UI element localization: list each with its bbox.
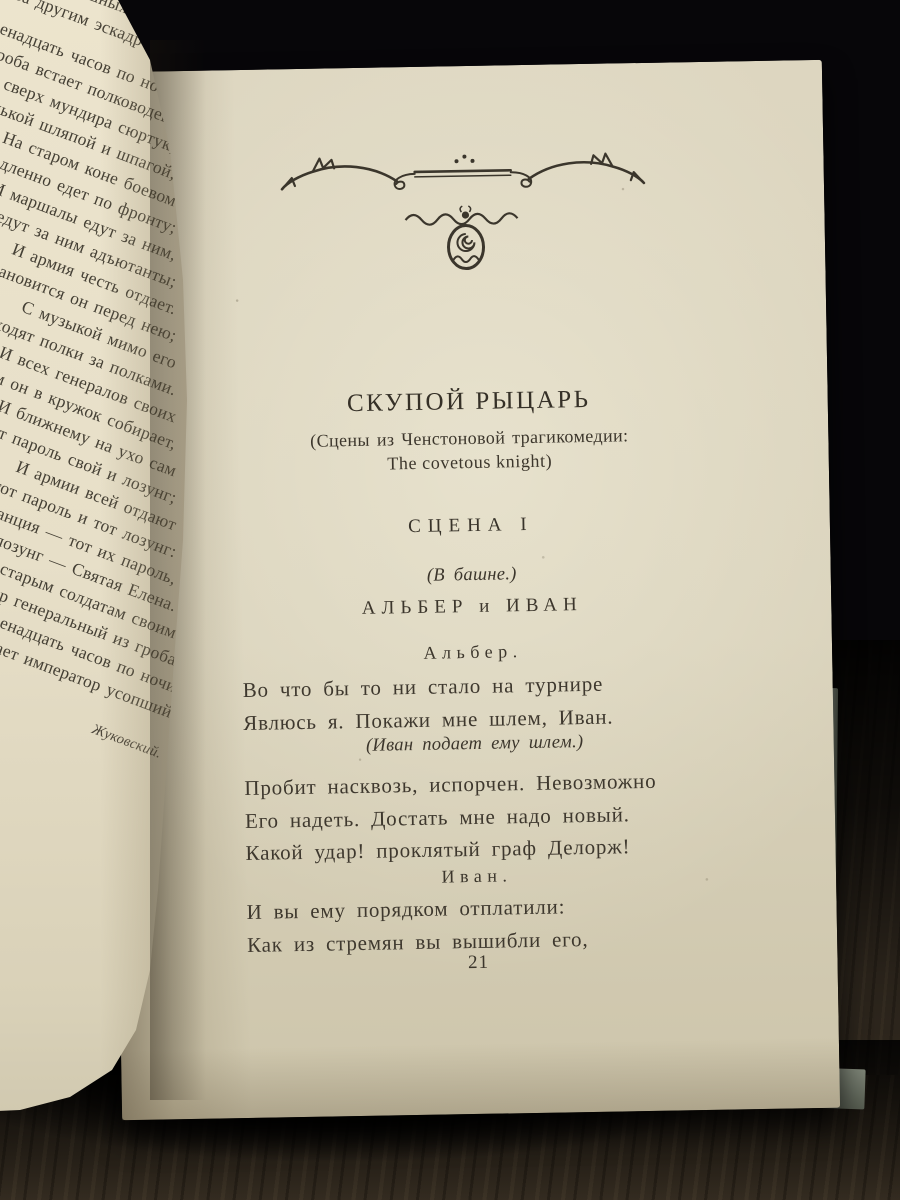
page-title: СКУПОЙ РЫЦАРЬ — [110, 382, 828, 423]
left-page-poem: С востока и с запада мчатся На легких во… — [0, 0, 176, 770]
speaker-albert: Альбер. — [114, 636, 832, 670]
albert-speech-2: Пробит насквозь, испорчен. Невозможно Ег… — [244, 765, 658, 870]
right-page: СКУПОЙ РЫЦАРЬ (Сцены из Ченстоновой траг… — [104, 60, 840, 1120]
book-photo-scene: СКУПОЙ РЫЦАРЬ (Сцены из Ченстоновой траг… — [0, 0, 900, 1200]
characters-line: АЛЬБЕР и ИВАН — [113, 590, 831, 625]
stage-direction-opening: (В башне.) — [113, 559, 831, 593]
spiral-medallion-ornament-icon — [398, 201, 533, 277]
verse-line: И вы ему порядком отплатили: — [246, 890, 588, 928]
albert-speech-1: Во что бы то ни стало на турнире Явлюсь … — [242, 668, 613, 739]
flourish-rule-ornament-icon — [276, 139, 649, 201]
page-bottom-shade — [121, 1038, 840, 1121]
scene-heading: СЦЕНА I — [112, 509, 830, 544]
